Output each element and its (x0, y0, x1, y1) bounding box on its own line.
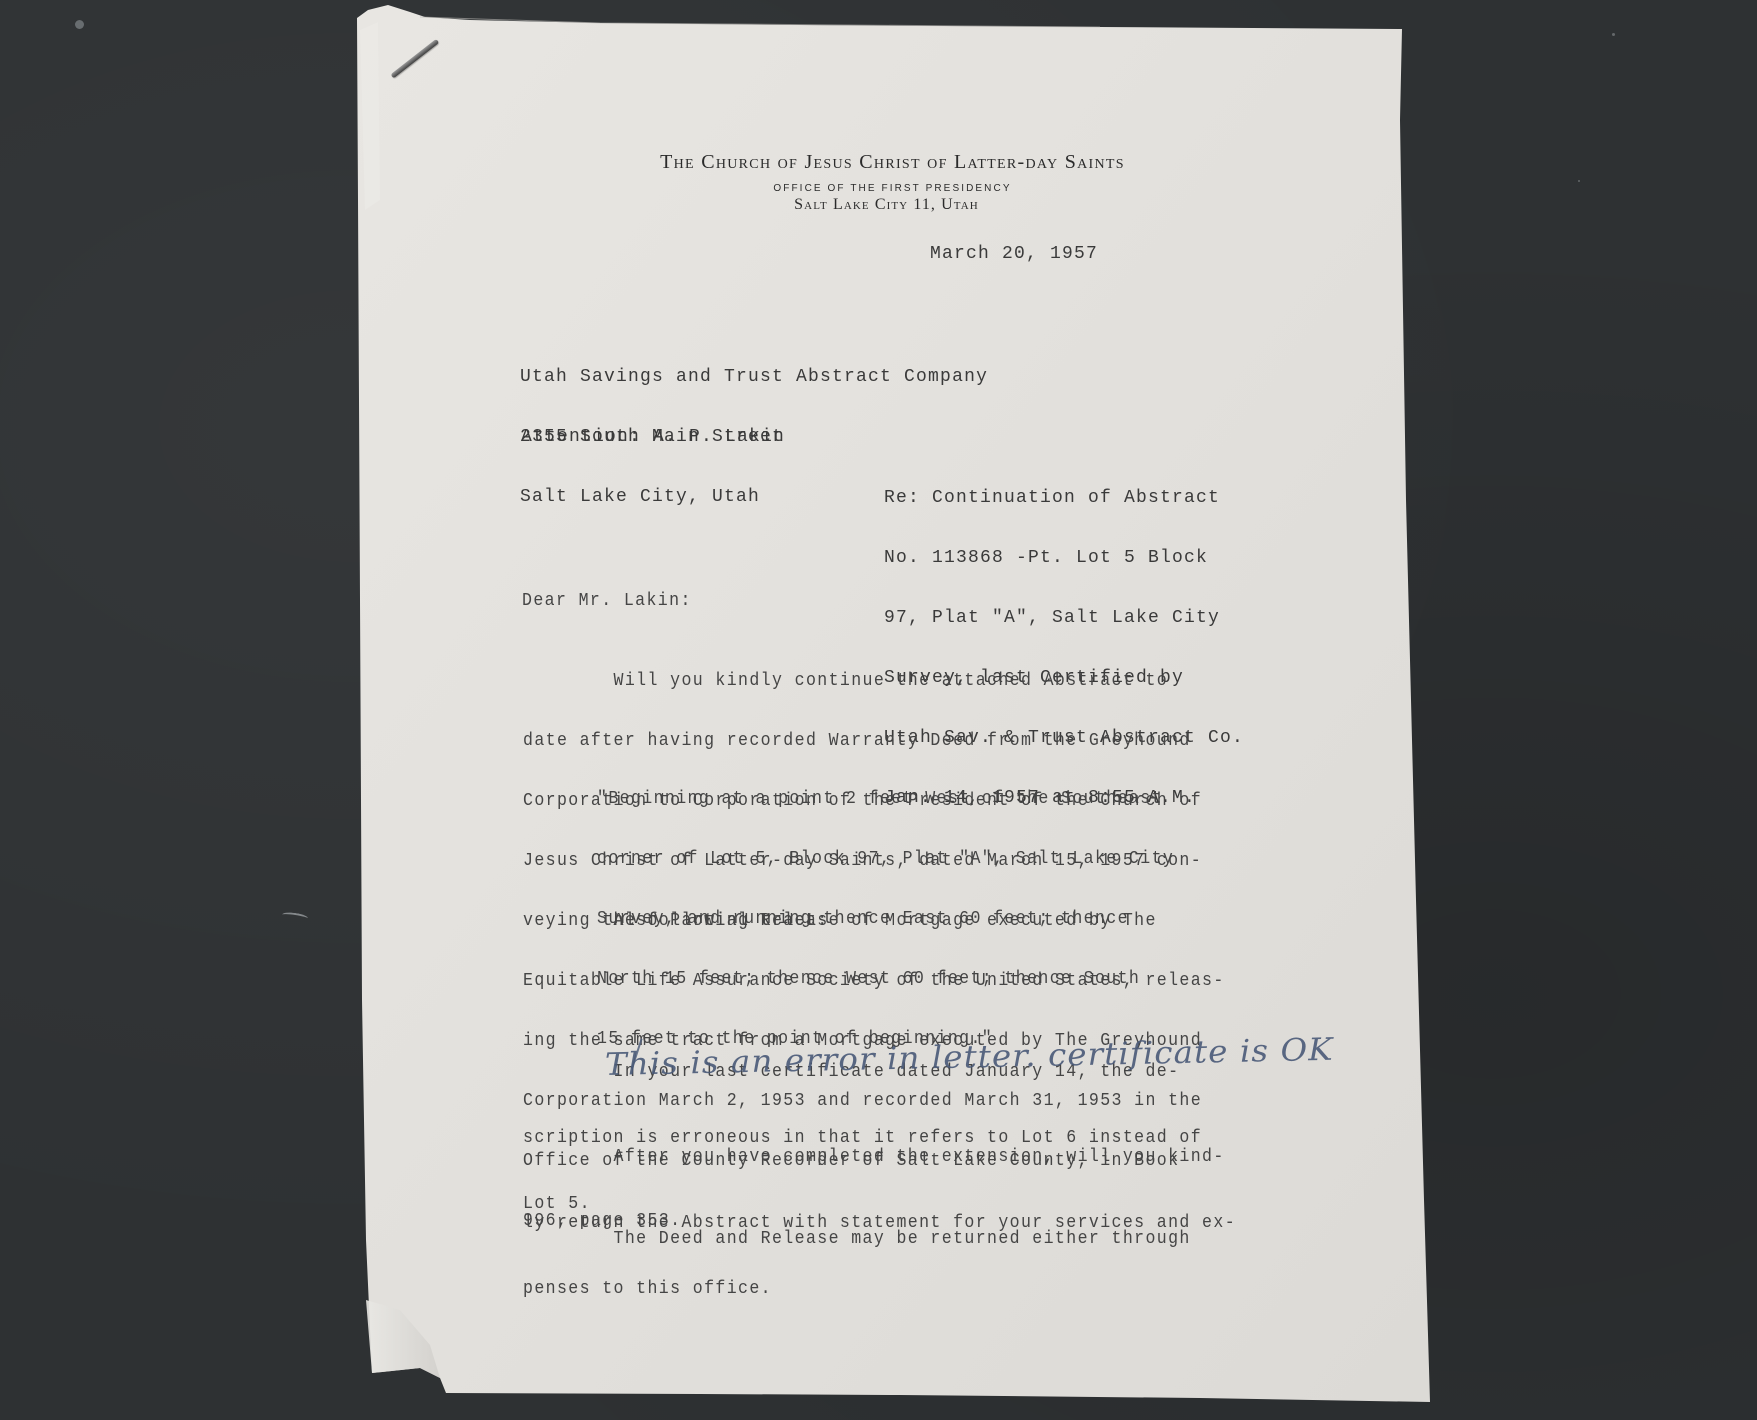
reference-line: No. 113868 -Pt. Lot 5 Block (884, 548, 1244, 568)
paragraph-line: The Deed and Release may be returned eit… (523, 1229, 1191, 1249)
paragraph-line: After you have completed the extension, … (523, 1146, 1236, 1168)
paragraph-line: date after having recorded Warranty Deed… (523, 731, 1202, 751)
staple (390, 39, 439, 79)
paragraph-line: "Beginning at a point 2 feet West of the… (597, 789, 1174, 809)
letterhead-city: Salt Lake City 11, Utah (0, 196, 1757, 214)
paragraph-line: corner of Lot 5, Block 97, Plat "A", Sal… (597, 849, 1174, 869)
paragraph-line: Also Partial Release of Mortgage execute… (523, 911, 1225, 931)
reference-line: 97, Plat "A", Salt Lake City (884, 608, 1244, 628)
reference-line: Re: Continuation of Abstract (884, 488, 1244, 508)
paragraph-deed-return: The Deed and Release may be returned eit… (523, 1189, 1191, 1289)
paragraph-line: Equitable Life Assurance Society of the … (523, 971, 1225, 991)
letterhead-organization: The Church of Jesus Christ of Latter-day… (0, 151, 1757, 174)
paragraph-line: Will you kindly continue the attached Ab… (523, 671, 1202, 691)
letterhead-office: Office of the First Presidency (0, 183, 1757, 194)
attention-line: Attention: A. P. Lakin (521, 427, 785, 447)
recipient-line: Utah Savings and Trust Abstract Company (520, 367, 988, 387)
salutation: Dear Mr. Lakin: (522, 591, 692, 611)
letter-date: March 20, 1957 (930, 244, 1098, 264)
